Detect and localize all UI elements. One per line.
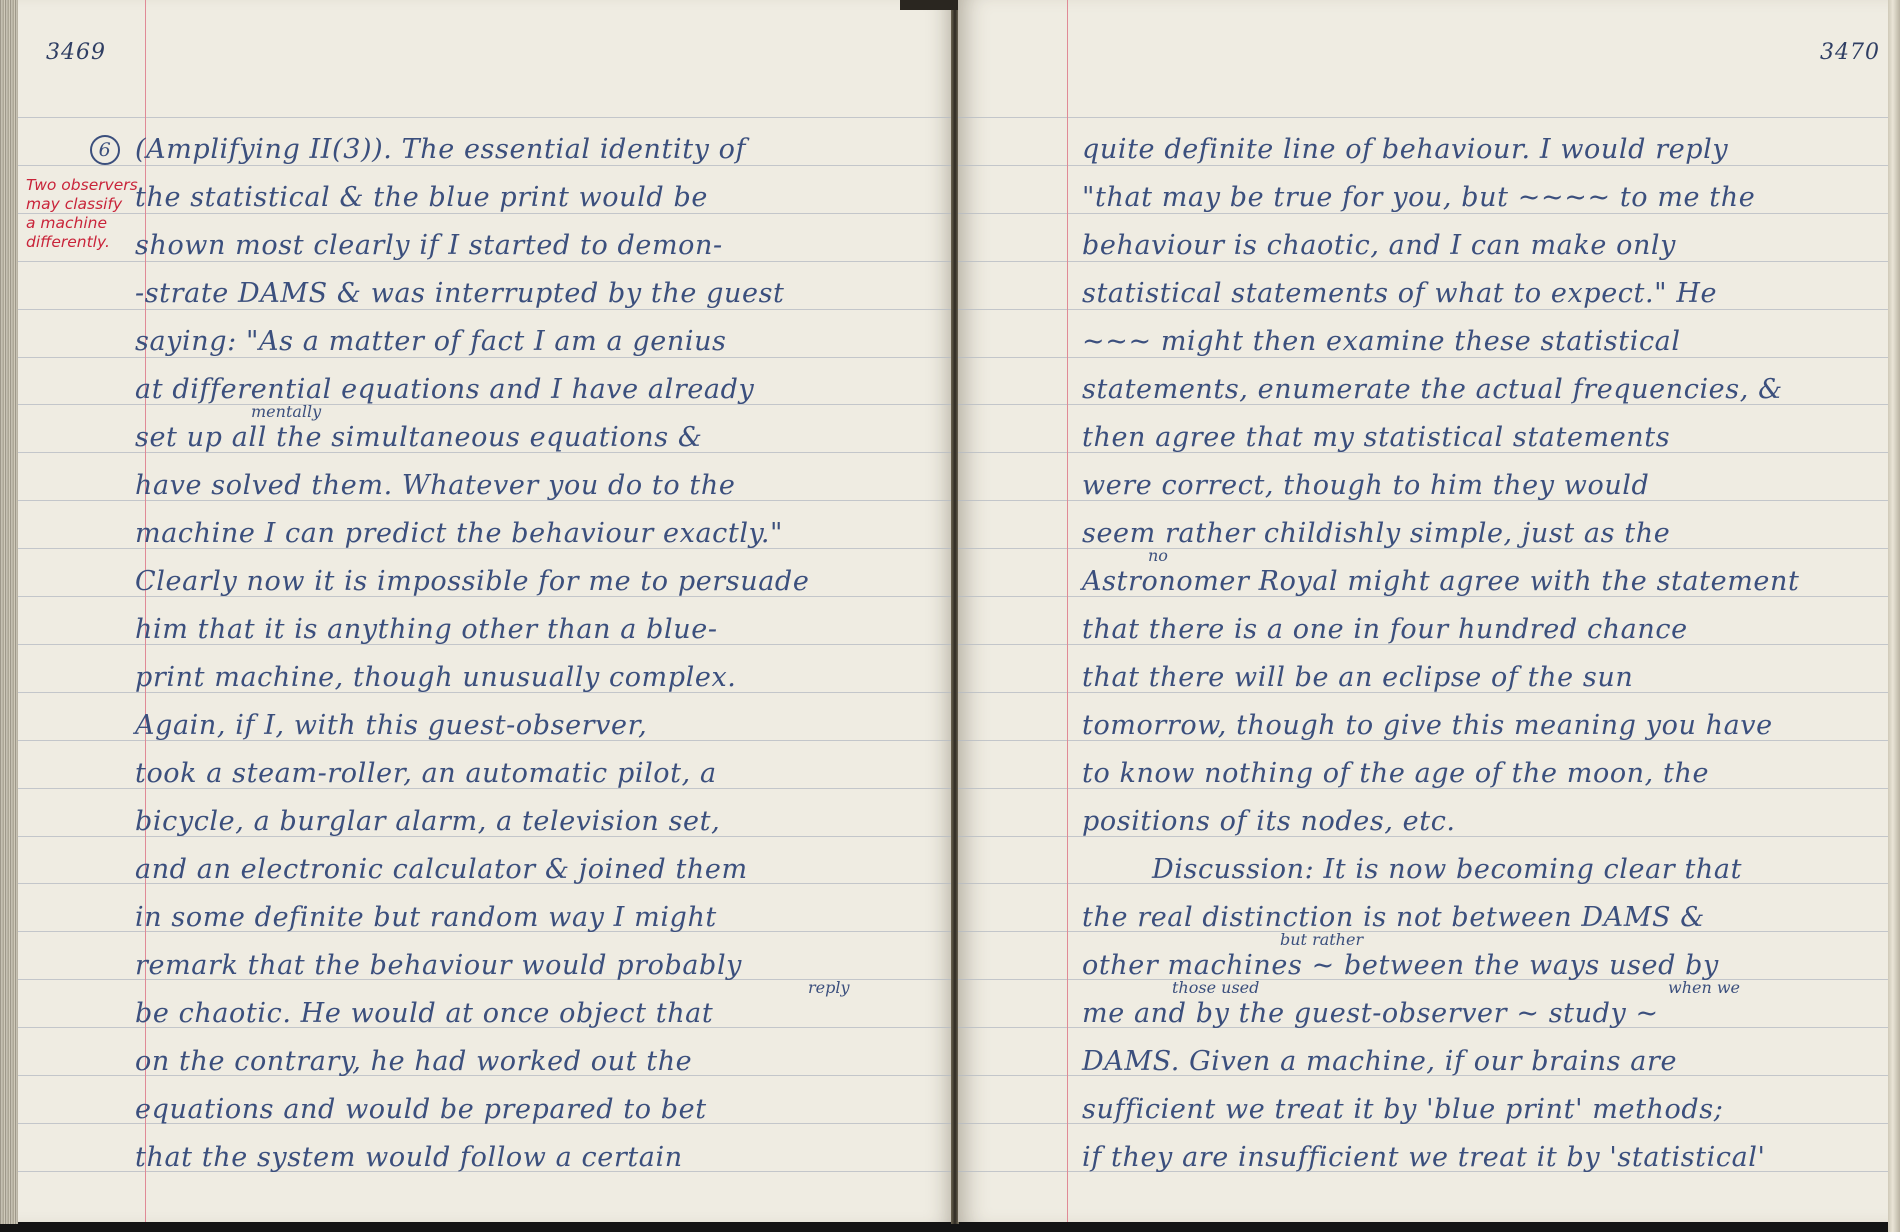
text-line: took a steam-roller, an automatic pilot,…	[135, 757, 717, 791]
text-line: Clearly now it is impossible for me to p…	[135, 565, 809, 599]
text-line: DAMS. Given a machine, if our brains are	[1082, 1045, 1677, 1079]
page-stack-edge	[0, 0, 18, 1224]
text-line: sufficient we treat it by 'blue print' m…	[1082, 1093, 1723, 1127]
text-line: seem rather childishly simple, just as t…	[1082, 517, 1670, 551]
text-line: shown most clearly if I started to demon…	[135, 229, 723, 263]
text-line: (Amplifying II(3)). The essential identi…	[135, 133, 746, 167]
insert-when-we: when we	[1668, 978, 1740, 997]
text-line: the real distinction is not between DAMS…	[1082, 901, 1705, 935]
text-line: ~~~ might then examine these statistical	[1082, 325, 1681, 359]
text-line: statements, enumerate the actual frequen…	[1082, 373, 1783, 407]
page-number: 3470	[1820, 40, 1880, 65]
text-line: and an electronic calculator & joined th…	[135, 853, 748, 887]
margin-line	[1067, 0, 1068, 1222]
text-line: print machine, though unusually complex.	[135, 661, 736, 695]
text-line: then agree that my statistical statement…	[1082, 421, 1670, 455]
left-page: 3469 Two observers may classify a machin…	[18, 0, 953, 1222]
page-number: 3469	[46, 40, 106, 65]
insert-but-rather: but rather	[1280, 930, 1363, 949]
text-line: if they are insufficient we treat it by …	[1082, 1141, 1766, 1175]
text-line: him that it is anything other than a blu…	[135, 613, 718, 647]
text-line: quite definite line of behaviour. I woul…	[1082, 133, 1728, 167]
ruled-line	[18, 117, 953, 118]
text-line: behaviour is chaotic, and I can make onl…	[1082, 229, 1676, 263]
ruled-line	[958, 117, 1888, 118]
text-line: have solved them. Whatever you do to the	[135, 469, 735, 503]
text-line: that there will be an eclipse of the sun	[1082, 661, 1633, 695]
text-line: me and by the guest-observer ~ study ~	[1082, 997, 1659, 1031]
text-line: machine I can predict the behaviour exac…	[135, 517, 783, 551]
text-line: on the contrary, he had worked out the	[135, 1045, 692, 1079]
text-line: were correct, though to him they would	[1082, 469, 1649, 503]
insert-no: no	[1148, 546, 1168, 565]
notebook-spread: 3469 Two observers may classify a machin…	[0, 0, 1900, 1224]
section-marker: 6	[90, 133, 130, 167]
text-line: the statistical & the blue print would b…	[135, 181, 708, 215]
text-line: that the system would follow a certain	[135, 1141, 683, 1175]
discussion-line: Discussion: It is now becoming clear tha…	[1152, 853, 1742, 887]
text-line: be chaotic. He would at once object that	[135, 997, 713, 1031]
text-line: at differential equations and I have alr…	[135, 373, 754, 407]
insert-mentally: mentally	[251, 402, 321, 421]
text-line: bicycle, a burglar alarm, a television s…	[135, 805, 720, 839]
text-line: Astronomer Royal might agree with the st…	[1082, 565, 1799, 599]
insert-reply: reply	[808, 978, 850, 997]
text-line: in some definite but random way I might	[135, 901, 717, 935]
text-line: tomorrow, though to give this meaning yo…	[1082, 709, 1773, 743]
text-line: saying: "As a matter of fact I am a geni…	[135, 325, 727, 359]
text-line: -strate DAMS & was interrupted by the gu…	[135, 277, 785, 311]
text-line: that there is a one in four hundred chan…	[1082, 613, 1688, 647]
text-line: remark that the behaviour would probably	[135, 949, 742, 983]
text-line: set up all the simultaneous equations &	[135, 421, 703, 455]
right-page: 3470 quite definite line of behaviour. I…	[958, 0, 1888, 1222]
page-edge-right	[1888, 0, 1900, 1232]
text-line: Again, if I, with this guest-observer,	[135, 709, 647, 743]
text-line: positions of its nodes, etc.	[1082, 805, 1456, 839]
insert-those-used: those used	[1172, 978, 1259, 997]
text-line: to know nothing of the age of the moon, …	[1082, 757, 1709, 791]
text-line: "that may be true for you, but ~~~~ to m…	[1082, 181, 1755, 215]
text-line: statistical statements of what to expect…	[1082, 277, 1717, 311]
text-line: equations and would be prepared to bet	[135, 1093, 707, 1127]
